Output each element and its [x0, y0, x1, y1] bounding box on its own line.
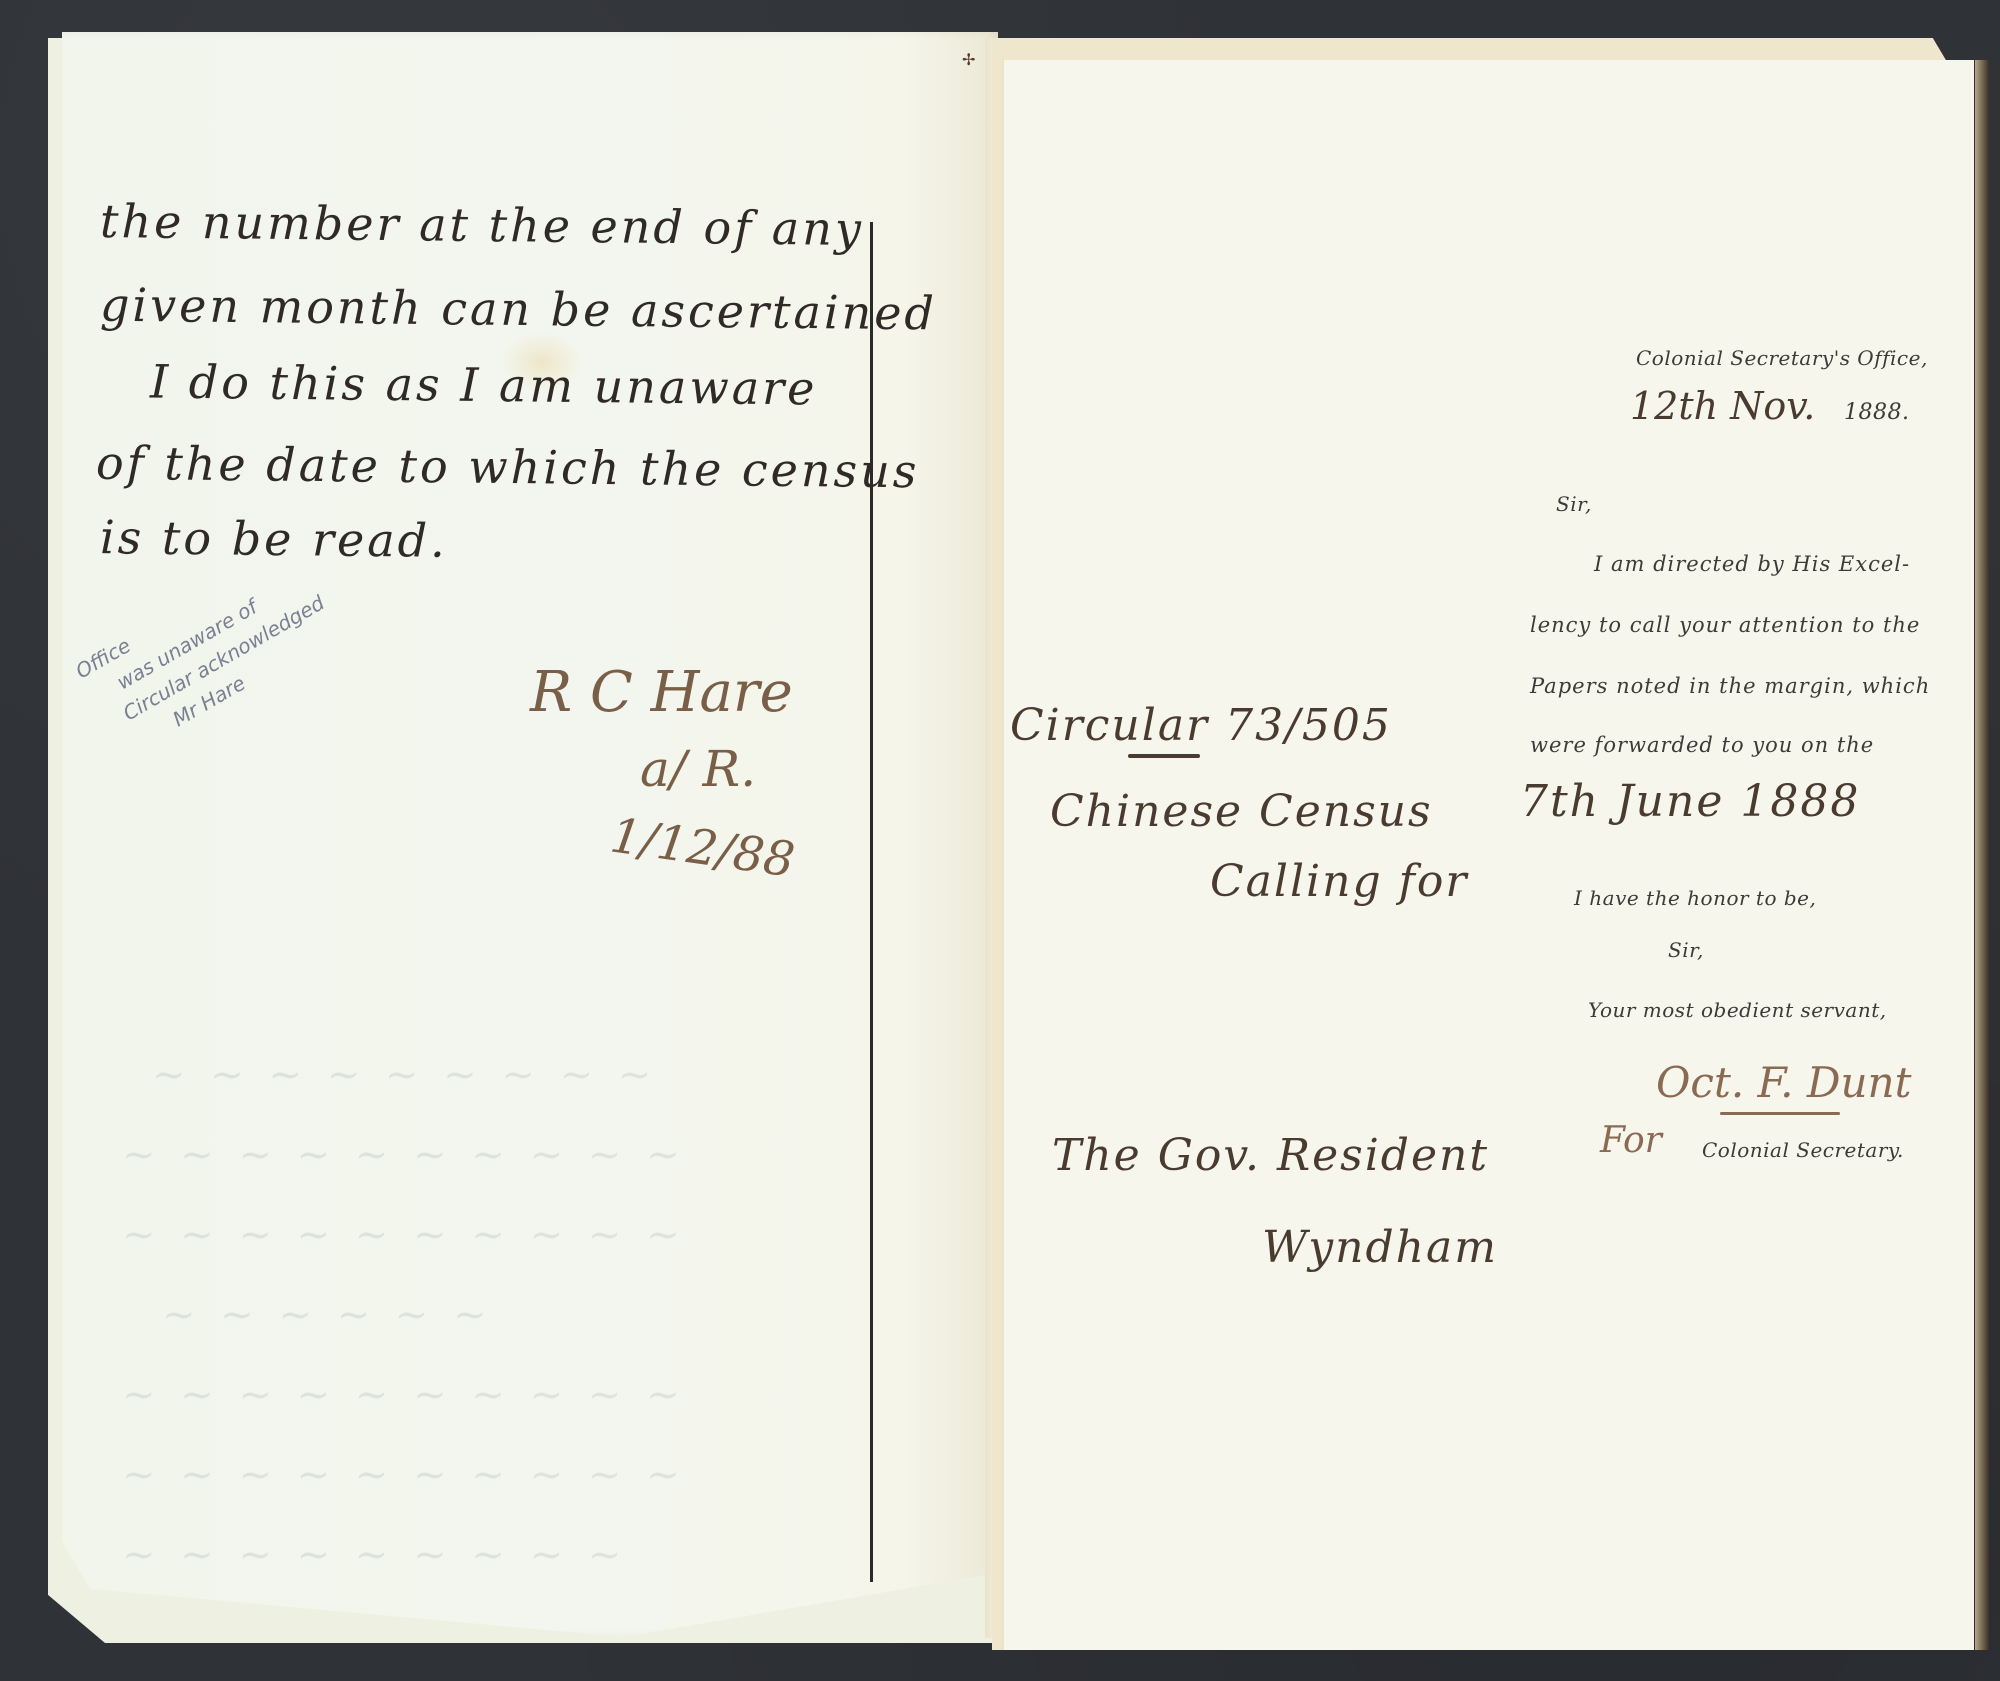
bleed-through-text: ~ ~ ~ ~ ~ ~ ~ ~ ~ ~	[122, 1452, 686, 1498]
circular-underline	[1128, 754, 1200, 758]
letterhead-office: Colonial Secretary's Office,	[1636, 346, 1928, 370]
salutation: Sir,	[1556, 492, 1592, 516]
letter-signature: Oct. F. Dunt	[1656, 1058, 1912, 1107]
closing-line-1: I have the honor to be,	[1574, 886, 1816, 910]
signature-flourish	[1720, 1112, 1840, 1115]
margin-subject-line-1: Chinese Census	[1050, 786, 1433, 837]
forwarded-date-handwritten: 7th June 1888	[1520, 776, 1860, 827]
margin-subject-line-2: Calling for	[1210, 856, 1468, 907]
signatory-title: Colonial Secretary.	[1702, 1138, 1904, 1162]
minute-signature-title: a/ R.	[640, 740, 756, 798]
minute-line-2: given month can be ascertained	[100, 278, 937, 341]
margin-rule-line	[870, 222, 873, 1582]
minute-line-1: the number at the end of any	[100, 194, 864, 256]
gutter-mark: ✢	[962, 50, 975, 69]
closing-line-3: Your most obedient servant,	[1588, 998, 1887, 1022]
letter-body-line-3: Papers noted in the margin, which	[1530, 674, 1930, 698]
margin-circular-reference: Circular 73/505	[1010, 700, 1392, 751]
bleed-through-text: ~ ~ ~ ~ ~ ~ ~ ~ ~	[152, 1052, 657, 1098]
bleed-through-text: ~ ~ ~ ~ ~ ~	[162, 1292, 493, 1338]
right-page-edge-shadow	[1975, 60, 1989, 1650]
right-page	[1002, 60, 1974, 1650]
bleed-through-text: ~ ~ ~ ~ ~ ~ ~ ~ ~ ~	[122, 1372, 686, 1418]
for-label: For	[1600, 1120, 1662, 1161]
letter-body-line-2: lency to call your attention to the	[1530, 613, 1920, 637]
addressee-line-1: The Gov. Resident	[1052, 1130, 1489, 1181]
closing-line-2: Sir,	[1668, 938, 1704, 962]
letter-body-line-1: I am directed by His Excel-	[1594, 552, 1910, 576]
minute-line-4: of the date to which the census	[96, 436, 920, 499]
letter-body-line-4: were forwarded to you on the	[1530, 733, 1874, 757]
letter-year: 1888.	[1844, 400, 1909, 425]
minute-line-3: I do this as I am unaware	[150, 355, 818, 416]
addressee-line-2: Wyndham	[1262, 1222, 1498, 1273]
letter-date-handwritten: 12th Nov.	[1630, 384, 1815, 428]
minute-signature-name: R C Hare	[530, 660, 793, 725]
bleed-through-text: ~ ~ ~ ~ ~ ~ ~ ~ ~ ~	[122, 1132, 686, 1178]
bleed-through-text: ~ ~ ~ ~ ~ ~ ~ ~ ~	[122, 1532, 627, 1578]
left-page: ~ ~ ~ ~ ~ ~ ~ ~ ~ ~ ~ ~ ~ ~ ~ ~ ~ ~ ~ ~ …	[62, 32, 998, 1637]
bleed-through-text: ~ ~ ~ ~ ~ ~ ~ ~ ~ ~	[122, 1212, 686, 1258]
